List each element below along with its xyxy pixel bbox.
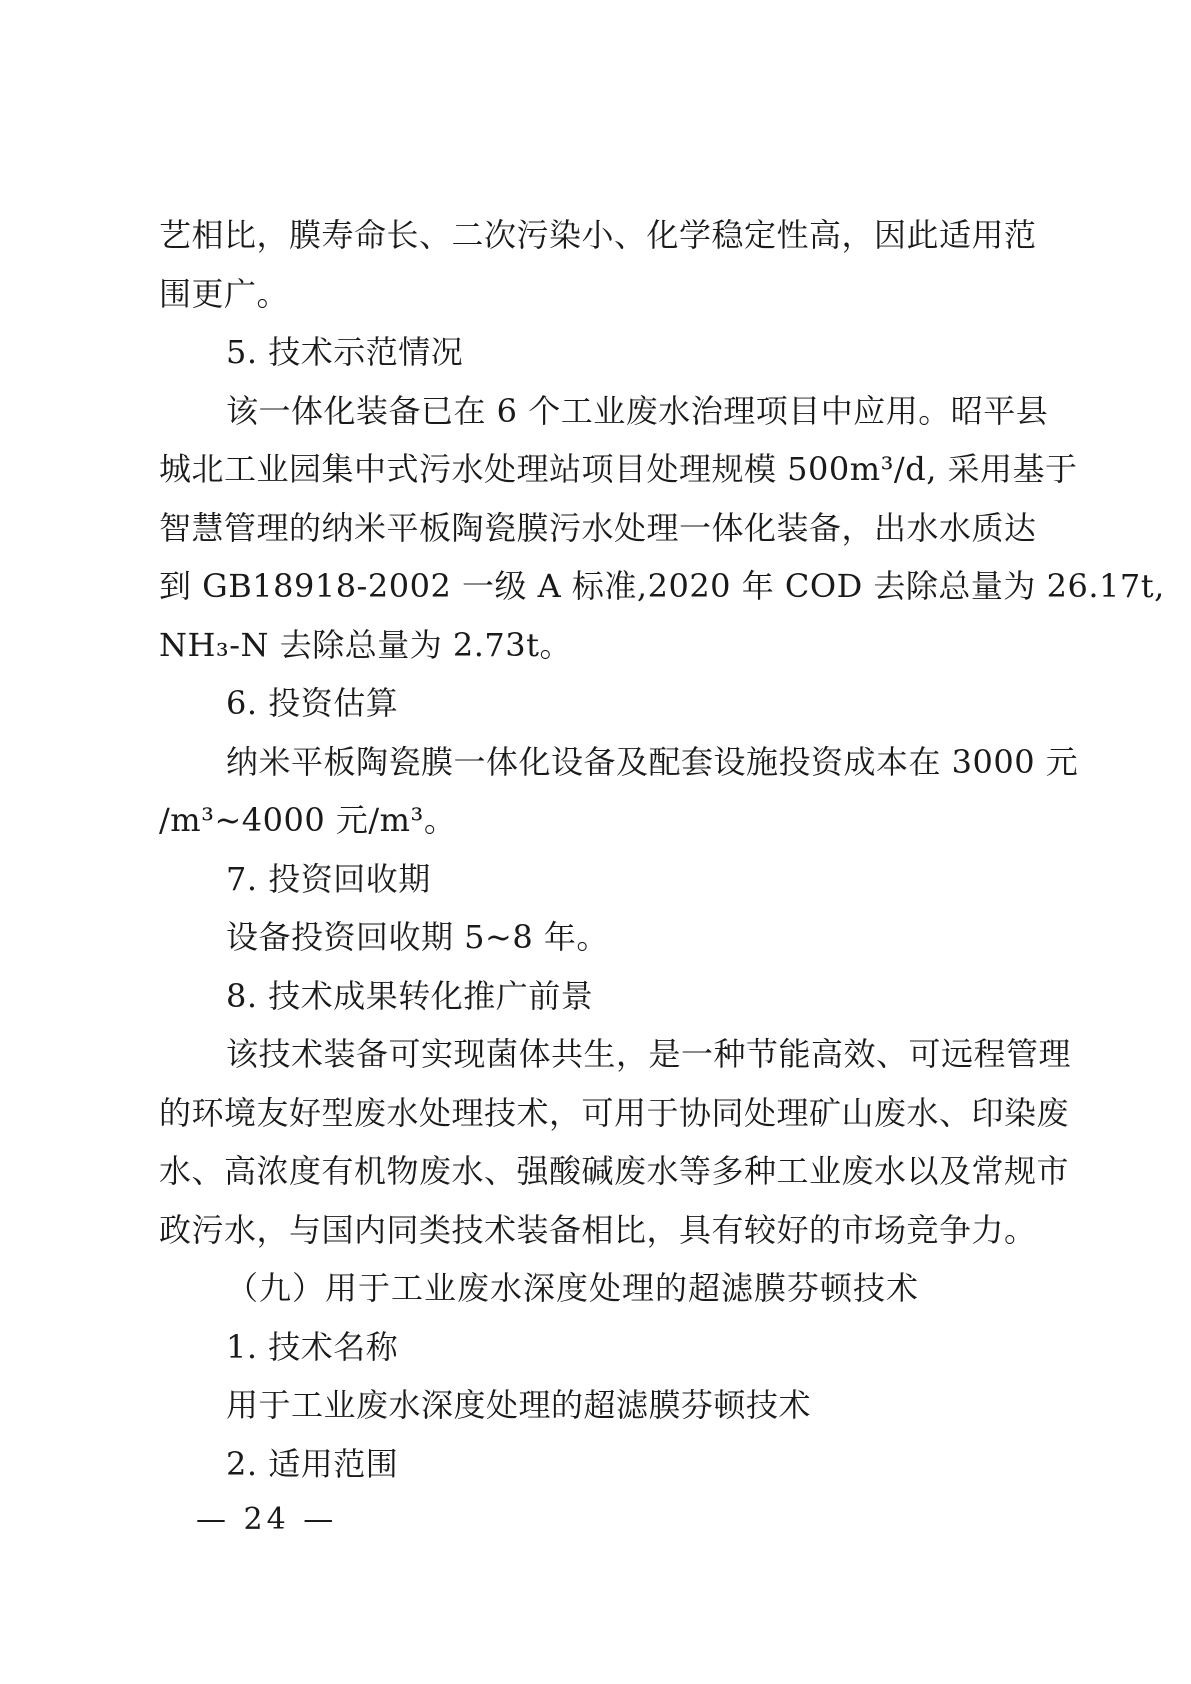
text-block: 艺相比，膜寿命长、二次污染小、化学稳定性高，因此适用范 围更广。 5. 技术示范… (159, 206, 974, 1493)
item-5-heading: 5. 技术示范情况 (159, 323, 974, 382)
body-line: 城北工业园集中式污水处理站项目处理规模 500m³/d, 采用基于 (159, 440, 974, 499)
document-page: 艺相比，膜寿命长、二次污染小、化学稳定性高，因此适用范 围更广。 5. 技术示范… (0, 0, 1191, 1684)
body-line: 用于工业废水深度处理的超滤膜芬顿技术 (159, 1376, 974, 1435)
body-line: NH₃-N 去除总量为 2.73t。 (159, 616, 974, 675)
item-8-heading: 8. 技术成果转化推广前景 (159, 967, 974, 1026)
body-line: 围更广。 (159, 265, 974, 324)
body-line: 设备投资回收期 5~8 年。 (159, 908, 974, 967)
body-line: /m³~4000 元/m³。 (159, 791, 974, 850)
item-7-heading: 7. 投资回收期 (159, 850, 974, 909)
body-line: 的环境友好型废水处理技术，可用于协同处理矿山废水、印染废 (159, 1084, 974, 1143)
body-line: 该技术装备可实现菌体共生，是一种节能高效、可远程管理 (159, 1025, 974, 1084)
page-number: — 24 — (196, 1500, 337, 1540)
body-line: 到 GB18918-2002 一级 A 标准,2020 年 COD 去除总量为 … (159, 557, 974, 616)
body-line: 智慧管理的纳米平板陶瓷膜污水处理一体化装备，出水水质达 (159, 499, 974, 558)
body-line: 水、高浓度有机物废水、强酸碱废水等多种工业废水以及常规市 (159, 1142, 974, 1201)
item-1-heading: 1. 技术名称 (159, 1318, 974, 1377)
section-9-heading: （九）用于工业废水深度处理的超滤膜芬顿技术 (159, 1259, 974, 1318)
item-2-heading: 2. 适用范围 (159, 1435, 974, 1494)
body-line: 纳米平板陶瓷膜一体化设备及配套设施投资成本在 3000 元 (159, 733, 974, 792)
body-line: 该一体化装备已在 6 个工业废水治理项目中应用。昭平县 (159, 382, 974, 441)
item-6-heading: 6. 投资估算 (159, 674, 974, 733)
body-line: 艺相比，膜寿命长、二次污染小、化学稳定性高，因此适用范 (159, 206, 974, 265)
body-line: 政污水，与国内同类技术装备相比，具有较好的市场竞争力。 (159, 1201, 974, 1260)
